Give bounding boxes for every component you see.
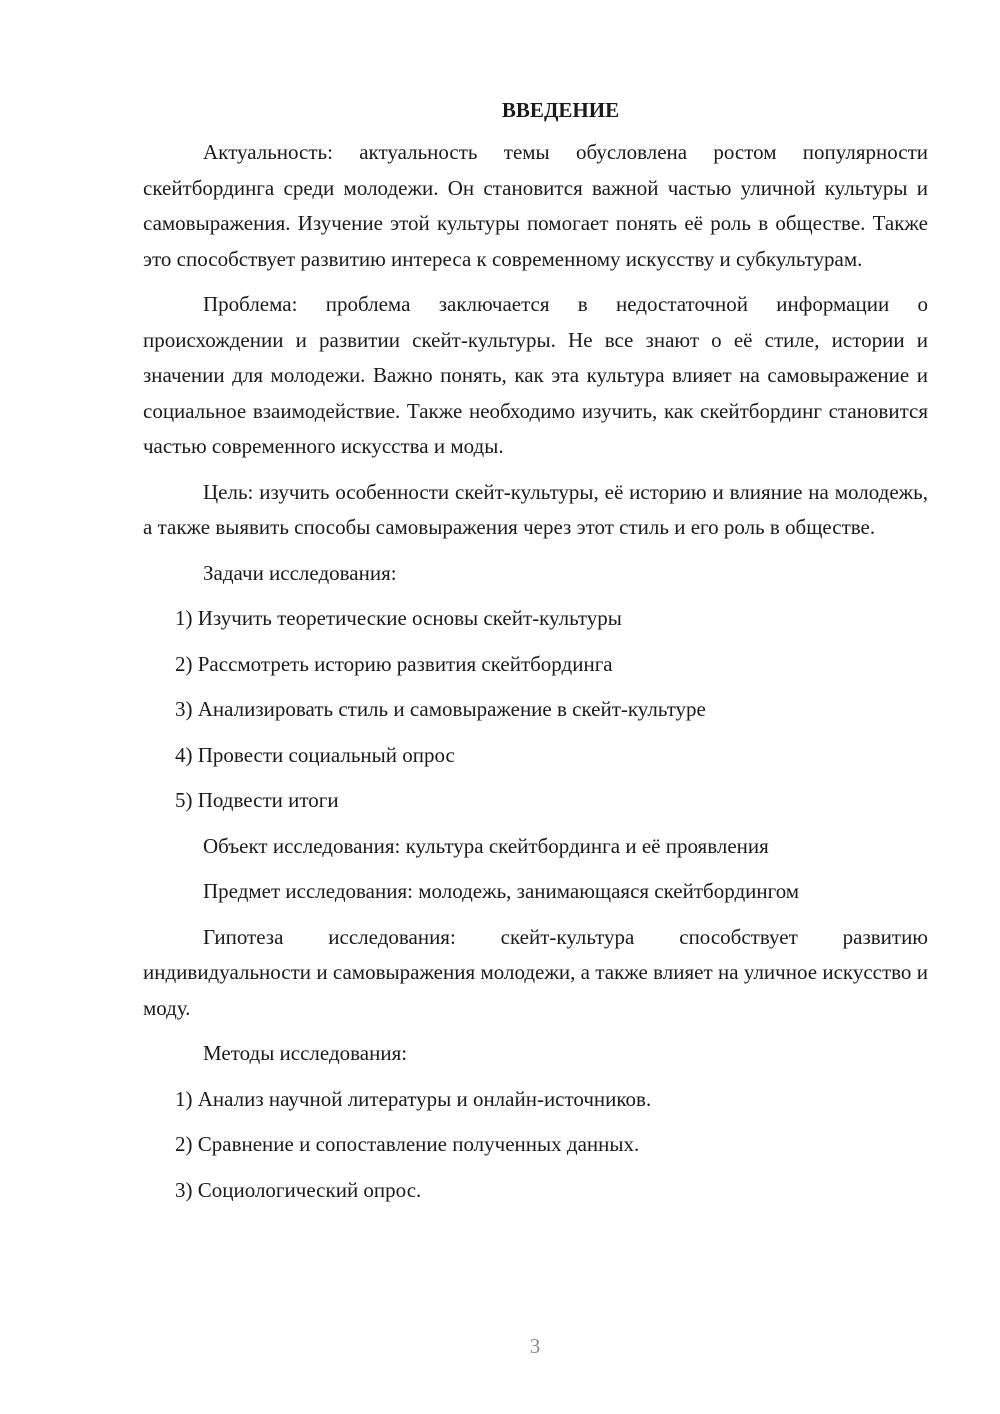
object-paragraph: Объект исследования: культура скейтборди… bbox=[143, 829, 928, 865]
method-item: 3) Социологический опрос. bbox=[143, 1173, 928, 1209]
problem-paragraph: Проблема: проблема заключается в недоста… bbox=[143, 287, 928, 465]
document-page: ВВЕДЕНИЕ Актуальность: актуальность темы… bbox=[143, 95, 928, 1218]
page-number: 3 bbox=[0, 1334, 1000, 1359]
task-item: 5) Подвести итоги bbox=[143, 783, 928, 819]
methods-label: Методы исследования: bbox=[143, 1036, 928, 1072]
task-item: 3) Анализировать стиль и самовыражение в… bbox=[143, 692, 928, 728]
methods-list: 1) Анализ научной литературы и онлайн-ис… bbox=[143, 1082, 928, 1209]
method-item: 2) Сравнение и сопоставление полученных … bbox=[143, 1127, 928, 1163]
method-item: 1) Анализ научной литературы и онлайн-ис… bbox=[143, 1082, 928, 1118]
tasks-list: 1) Изучить теоретические основы скейт-ку… bbox=[143, 601, 928, 819]
relevance-paragraph: Актуальность: актуальность темы обусловл… bbox=[143, 135, 928, 277]
goal-paragraph: Цель: изучить особенности скейт-культуры… bbox=[143, 475, 928, 546]
subject-paragraph: Предмет исследования: молодежь, занимающ… bbox=[143, 874, 928, 910]
hypothesis-paragraph: Гипотеза исследования: скейт-культура сп… bbox=[143, 920, 928, 1027]
tasks-label: Задачи исследования: bbox=[143, 556, 928, 592]
task-item: 4) Провести социальный опрос bbox=[143, 738, 928, 774]
section-title: ВВЕДЕНИЕ bbox=[193, 95, 928, 125]
task-item: 1) Изучить теоретические основы скейт-ку… bbox=[143, 601, 928, 637]
task-item: 2) Рассмотреть историю развития скейтбор… bbox=[143, 647, 928, 683]
